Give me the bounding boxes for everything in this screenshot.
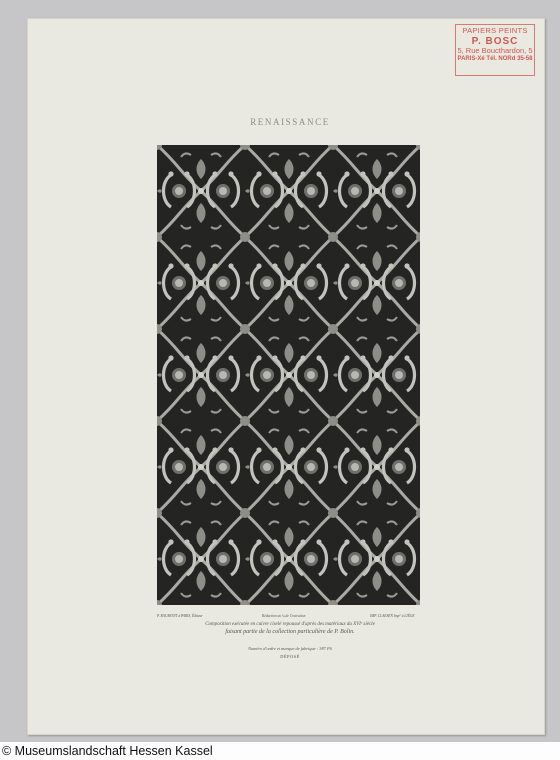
caption-line-2: faisant partie de la collection particul… bbox=[160, 629, 420, 635]
ornament-pattern-image bbox=[157, 145, 420, 605]
deposited-mark: DÉPOSÉ bbox=[160, 654, 420, 659]
reduction-note: Réduction au ¼ de l'exécution bbox=[262, 614, 305, 618]
stamp-line-1: PAPIERS PEINTS bbox=[456, 27, 534, 36]
order-number: Numéro d'ordre et marque de fabrique : 3… bbox=[160, 646, 420, 651]
dealer-stamp: PAPIERS PEINTS P. BOSC 5, Rue Boucthardo… bbox=[455, 24, 535, 76]
damask-pattern-icon bbox=[157, 145, 420, 605]
caption-line-1: Composition exécutée en cuivre ciselé re… bbox=[160, 622, 420, 627]
stamp-line-3: 5, Rue Boucthardon, 5 bbox=[456, 47, 534, 56]
stamp-line-4: PARIS-Xé Tél. NORd 35-58 bbox=[456, 56, 534, 63]
plate-title: RENAISSANCE bbox=[200, 117, 380, 127]
printer-credit: IMP. CLAESEN Imp° à LIÉGE bbox=[370, 614, 415, 618]
publisher-credit: P. RAUMONT à PARIS, Éditeur bbox=[157, 614, 203, 618]
copyright-notice: © Museumslandschaft Hessen Kassel bbox=[2, 744, 213, 758]
